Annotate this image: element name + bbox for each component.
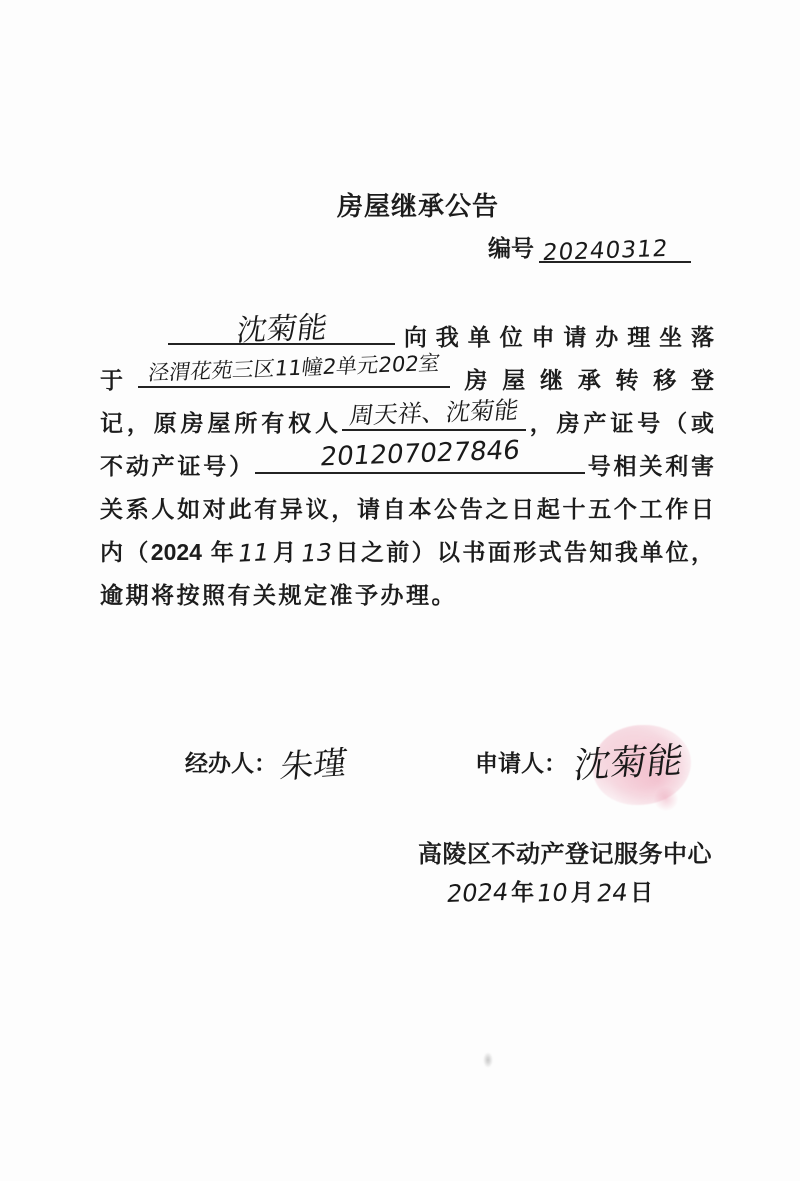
year-label: 年 [511, 874, 534, 907]
deadline-suffix: 日之前）以书面形式告知我单位， [333, 539, 714, 565]
deadline-prefix: 内（2024 年 [100, 539, 236, 565]
handler-signature-group: 经办人：朱瑾 [185, 745, 347, 792]
issue-date-row: 2024年10月24日 [447, 874, 656, 907]
body-line-5: 关系人如对此有异议，请自本公告之日起十五个工作日 [100, 488, 714, 531]
issuing-organization: 高陵区不动产登记服务中心 [418, 834, 712, 869]
property-address-blank: 泾渭花苑三区11幢2单元202室 [138, 382, 450, 388]
body-line-3-text: ，房产证号（或 [526, 410, 714, 436]
deadline-month-label: 月 [271, 539, 299, 565]
handler-label: 经办人： [185, 745, 277, 778]
month-label: 月 [571, 874, 594, 907]
issue-year-handwriting: 2024 [445, 878, 510, 908]
body-line-2-text: 房屋继承转移登 [450, 367, 714, 393]
serial-blank-underline: 20240312 [539, 234, 691, 263]
body-line-5-text: 关系人如对此有异议，请自本公告之日起十五个工作日 [100, 496, 714, 522]
body-line-7: 逾期将按照有关规定准予办理。 [100, 574, 714, 617]
applicant-signature-group: 申请人：沈菊能 [475, 745, 683, 796]
certificate-number-handwriting: 201207027846 [318, 430, 523, 480]
document-title: 房屋继承公告 [337, 186, 499, 223]
serial-row: 编号20240312 [488, 229, 691, 263]
deadline-month-handwriting: 11 [235, 531, 273, 576]
serial-label: 编号 [488, 230, 534, 263]
applicant-signature-handwriting: 沈菊能 [571, 732, 686, 789]
body-line-1-text: 向我单位申请办理坐落 [395, 324, 714, 350]
body-line-3-prefix: 记，原房屋所有权人 [100, 410, 342, 436]
applicant-label: 申请人： [475, 745, 567, 778]
body-line-7-text: 逾期将按照有关规定准予办理。 [100, 582, 457, 608]
handler-signature-handwriting: 朱瑾 [278, 737, 350, 788]
scan-artifact-mark [483, 1052, 493, 1068]
deadline-day-handwriting: 13 [297, 531, 335, 576]
body-line-4-prefix: 不动产证号） [100, 453, 255, 479]
issue-month-handwriting: 10 [535, 878, 570, 907]
day-label: 日 [630, 874, 653, 907]
property-address-handwriting: 泾渭花苑三区11幢2单元202室 [145, 342, 442, 395]
signature-row: 经办人：朱瑾 申请人：沈菊能 [0, 745, 800, 815]
notice-body: 沈菊能向我单位申请办理坐落 于泾渭花苑三区11幢2单元202室房屋继承转移登 记… [100, 316, 714, 617]
body-line-4-text: 号相关利害 [585, 453, 714, 479]
scanned-notice-page: 房屋继承公告 编号20240312 沈菊能向我单位申请办理坐落 于泾渭花苑三区1… [0, 0, 800, 1181]
serial-number-handwriting: 20240312 [541, 236, 669, 266]
certificate-number-blank: 201207027846 [255, 468, 585, 474]
body-line-4: 不动产证号）201207027846号相关利害 [100, 445, 714, 488]
fingerprint-smudge [653, 787, 679, 811]
body-line-2-prefix: 于 [100, 367, 138, 393]
body-line-6: 内（2024 年11月13日之前）以书面形式告知我单位， [100, 531, 714, 574]
issue-day-handwriting: 24 [595, 878, 630, 907]
